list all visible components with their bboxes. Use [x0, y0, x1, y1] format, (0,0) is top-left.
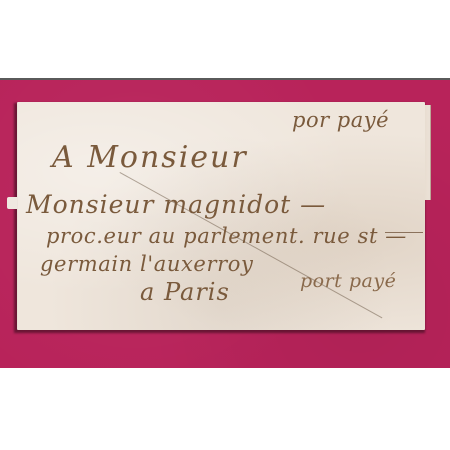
address-line-1: Monsieur magnidot — [26, 190, 326, 219]
address-line-3: germain l'auxerroy [40, 252, 253, 276]
salutation: A Monsieur [52, 140, 248, 175]
ink-dash [385, 232, 423, 233]
postal-mark-bottom: port payé [300, 270, 396, 292]
address-line-2: proc.eur au parlement. rue st — [46, 224, 407, 248]
address-line-4: a Paris [140, 278, 230, 306]
postal-mark-top: por payé [292, 108, 389, 132]
